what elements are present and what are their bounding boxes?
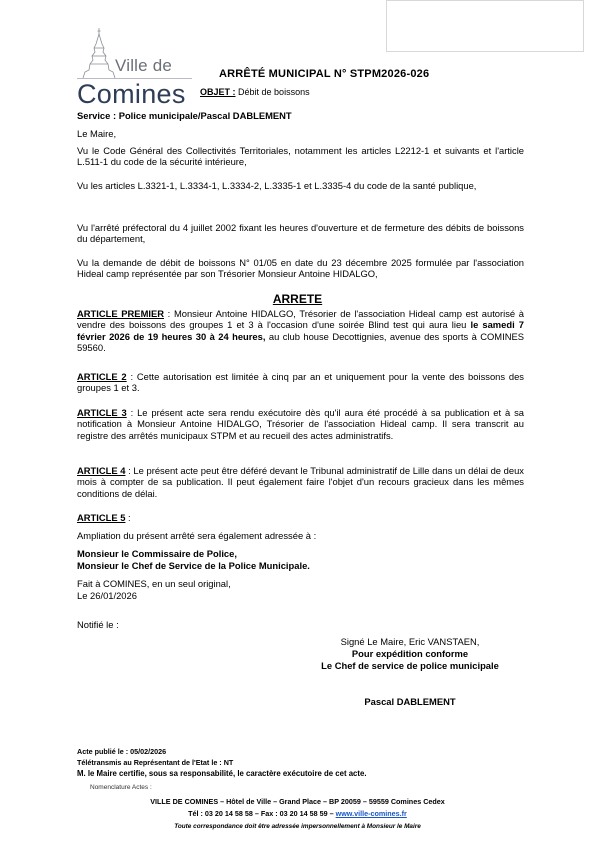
stamp-box bbox=[386, 0, 584, 52]
article-4: ARTICLE 4 : Le présent acte peut être dé… bbox=[77, 465, 524, 499]
signatory-name: Pascal DABLEMENT bbox=[280, 696, 540, 708]
article-text: : Le présent acte peut être déféré devan… bbox=[77, 465, 524, 499]
signature-line: Signé Le Maire, Eric VANSTAEN, bbox=[280, 636, 540, 648]
recipient: Monsieur le Commissaire de Police, bbox=[77, 548, 524, 559]
document-subject: OBJET : Débit de boissons bbox=[200, 87, 310, 97]
article-5: ARTICLE 5 : bbox=[77, 512, 524, 523]
closing-date: Le 26/01/2026 bbox=[77, 590, 524, 601]
article-text: : bbox=[125, 512, 130, 523]
article-1: ARTICLE PREMIER : Monsieur Antoine HIDAL… bbox=[77, 308, 524, 353]
article-text: : Le présent acte sera rendu exécutoire … bbox=[77, 407, 524, 441]
footer-phone-fax: Tél : 03 20 14 58 58 – Fax : 03 20 14 58… bbox=[188, 809, 335, 818]
certification: M. le Maire certifie, sous sa responsabi… bbox=[77, 769, 367, 778]
consideration: Vu les articles L.3321-1, L.3334-1, L.33… bbox=[77, 180, 524, 191]
decision-heading: ARRETE bbox=[0, 292, 595, 306]
document-title: ARRÊTÉ MUNICIPAL N° STPM2026-026 bbox=[219, 68, 429, 80]
article-3: ARTICLE 3 : Le présent acte sera rendu e… bbox=[77, 407, 524, 441]
service-line: Service : Police municipale/Pascal DABLE… bbox=[77, 110, 524, 121]
signature-line: Le Chef de service de police municipale bbox=[280, 660, 540, 672]
recipient: Monsieur le Chef de Service de la Police… bbox=[77, 560, 524, 571]
nomenclature: Nomenclature Actes : bbox=[90, 784, 152, 791]
consideration: Vu la demande de débit de boissons N° 01… bbox=[77, 257, 524, 280]
preamble-opening: Le Maire, bbox=[77, 128, 524, 139]
logo-ville-de: Ville de bbox=[115, 56, 172, 76]
published-date: Acte publié le : 05/02/2026 bbox=[77, 747, 166, 756]
signature-line: Pour expédition conforme bbox=[280, 648, 540, 660]
article-label: ARTICLE 2 bbox=[77, 371, 127, 382]
footer-address: VILLE DE COMINES – Hôtel de Ville – Gran… bbox=[0, 796, 595, 808]
footer-notice: Toute correspondance doit être adressée … bbox=[0, 820, 595, 833]
website-link[interactable]: www.ville-comines.fr bbox=[336, 809, 407, 818]
notified-label: Notifié le : bbox=[77, 619, 524, 630]
city-logo: Ville de Comines bbox=[77, 26, 195, 108]
logo-comines: Comines bbox=[77, 79, 186, 110]
closing-place: Fait à COMINES, en un seul original, bbox=[77, 578, 524, 589]
article-label: ARTICLE 3 bbox=[77, 407, 127, 418]
article-2: ARTICLE 2 : Cette autorisation est limit… bbox=[77, 371, 524, 394]
ampliation-intro: Ampliation du présent arrêté sera égalem… bbox=[77, 530, 524, 541]
article-text: : Cette autorisation est limitée à cinq … bbox=[77, 371, 524, 393]
footer-notice-text: Toute correspondance doit être adressée … bbox=[174, 823, 421, 830]
article-label: ARTICLE 5 bbox=[77, 512, 125, 523]
consideration: Vu l'arrêté préfectoral du 4 juillet 200… bbox=[77, 222, 524, 245]
subject-label: OBJET : bbox=[200, 87, 236, 97]
article-label: ARTICLE 4 bbox=[77, 465, 126, 476]
teletransmission: Télétransmis au Représentant de l'Etat l… bbox=[77, 758, 233, 767]
subject-value: Débit de boissons bbox=[238, 87, 310, 97]
footer-contact: Tél : 03 20 14 58 58 – Fax : 03 20 14 58… bbox=[0, 808, 595, 820]
consideration: Vu le Code Général des Collectivités Ter… bbox=[77, 145, 524, 168]
article-label: ARTICLE PREMIER bbox=[77, 308, 164, 319]
